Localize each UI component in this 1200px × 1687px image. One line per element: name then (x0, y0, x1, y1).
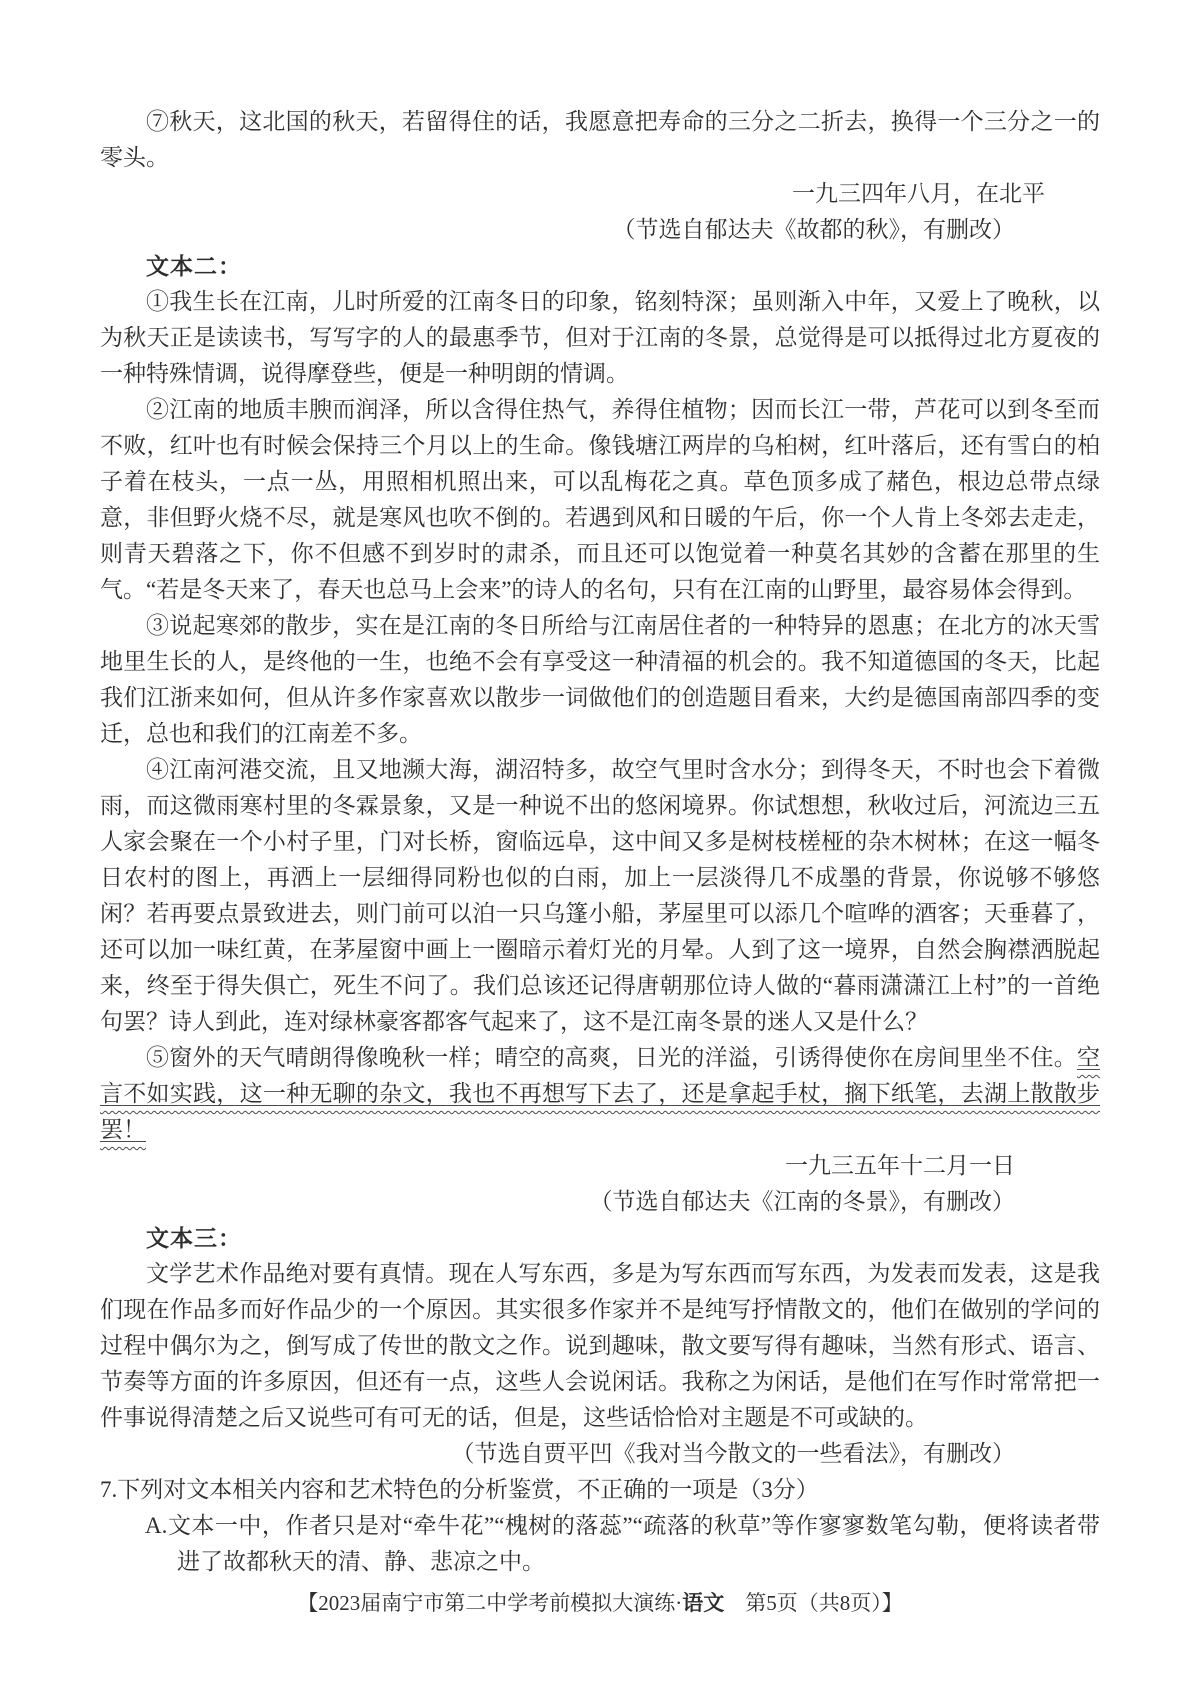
text2-paragraph-5: ⑤窗外的天气晴朗得像晚秋一样；晴空的高爽，日光的洋溢，引诱得使你在房间里坐不住。… (100, 1040, 1100, 1148)
question-7-option-a: A.文本一中，作者只是对“牵牛花”“槐树的落蕊”“疏落的秋草”等作寥寥数笔勾勒，… (145, 1508, 1100, 1580)
exam-page: ⑦秋天，这北国的秋天，若留得住的话，我愿意把寿命的三分之二折去，换得一个三分之一… (0, 0, 1200, 1687)
text-two: 文本二： ①我生长在江南，儿时所爱的江南冬日的印象，铭刻特深；虽则渐入中年，又爱… (100, 248, 1100, 1220)
text1-paragraph-7: ⑦秋天，这北国的秋天，若留得住的话，我愿意把寿命的三分之二折去，换得一个三分之一… (100, 104, 1100, 176)
text2-paragraph-1: ①我生长在江南，儿时所爱的江南冬日的印象，铭刻特深；虽则渐入中年，又爱上了晚秋，… (100, 284, 1100, 392)
text2-paragraph-5-lead: ⑤窗外的天气晴朗得像晚秋一样；晴空的高爽，日光的洋溢，引诱得使你在房间里坐不住。 (146, 1045, 1077, 1070)
text3-paragraph-1: 文学艺术作品绝对要有真情。现在人写东西，多是为写东西而写东西，为发表而发表，这是… (100, 1256, 1100, 1436)
text1-date: 一九三四年八月，在北平 (100, 176, 1100, 212)
question-7-stem: 7.下列对文本相关内容和艺术特色的分析鉴赏，不正确的一项是（3分） (100, 1472, 1100, 1508)
text2-paragraph-2: ②江南的地质丰腴而润泽，所以含得住热气，养得住植物；因而长江一带，芦花可以到冬至… (100, 392, 1100, 608)
page-footer: 【2023届南宁市第二中学考前模拟大演练·语文 第5页（共8页）】 (0, 1588, 1200, 1619)
footer-page-number: 第5页（共8页）】 (724, 1591, 903, 1615)
footer-subject: 语文 (682, 1592, 724, 1615)
text2-paragraph-4: ④江南河港交流，且又地濒大海，湖沼特多，故空气里时含水分；到得冬天，不时也会下着… (100, 752, 1100, 1040)
text1-source: （节选自郁达夫《故都的秋》，有删改） (100, 212, 1100, 248)
question-7: 7.下列对文本相关内容和艺术特色的分析鉴赏，不正确的一项是（3分） A.文本一中… (100, 1472, 1100, 1580)
text-one-ending: ⑦秋天，这北国的秋天，若留得住的话，我愿意把寿命的三分之二折去，换得一个三分之一… (100, 104, 1100, 248)
text2-heading: 文本二： (100, 248, 1100, 284)
footer-prefix: 【2023届南宁市第二中学考前模拟大演练· (297, 1591, 682, 1615)
text2-date: 一九三五年十二月一日 (100, 1148, 1100, 1184)
text3-heading: 文本三： (100, 1220, 1100, 1256)
text2-source: （节选自郁达夫《江南的冬景》，有删改） (100, 1184, 1100, 1220)
text3-source: （节选自贾平凹《我对当今散文的一些看法》，有删改） (100, 1436, 1100, 1472)
text2-paragraph-3: ③说起寒郊的散步，实在是江南的冬日所给与江南居住者的一种特异的恩惠；在北方的冰天… (100, 608, 1100, 752)
text-three: 文本三： 文学艺术作品绝对要有真情。现在人写东西，多是为写东西而写东西，为发表而… (100, 1220, 1100, 1472)
